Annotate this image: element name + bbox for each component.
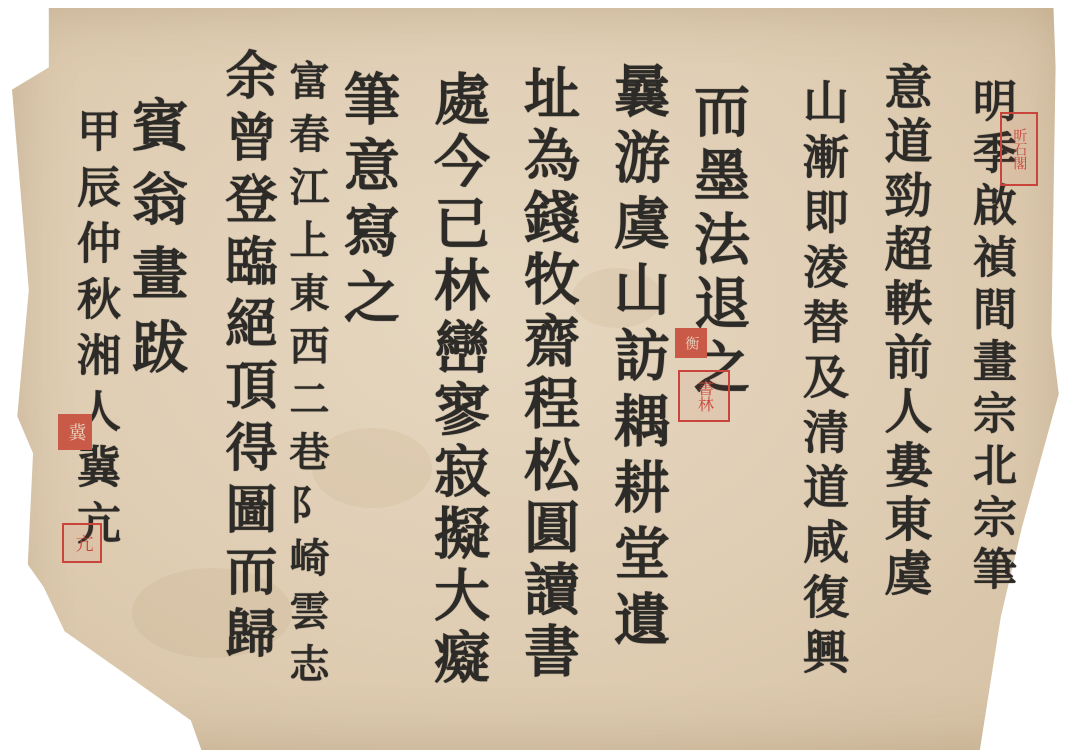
signature-column: 甲辰仲秋湘人冀亢: [72, 108, 116, 556]
text-column-11: 賓翁畫跋: [128, 96, 184, 392]
seal-bottom-left: 亢: [62, 523, 102, 563]
seal-top-right: 昕石閣: [1000, 112, 1038, 186]
text-column-6: 址為錢牧齋程松圓讀書: [520, 64, 576, 684]
paper-stain: [312, 428, 432, 508]
text-column-10: 余曾登臨絕頂得圖而歸: [220, 48, 272, 668]
text-column-5: 曩游虞山訪耦耕堂遺: [610, 62, 666, 656]
text-column-7: 處今已林巒寥寂擬大癡: [430, 70, 486, 690]
text-column-2: 意道勁超軼前人婁東虞: [880, 62, 928, 602]
text-column-3: 山漸即淩替及清道咸復興: [800, 78, 846, 683]
text-column-8: 筆意寫之: [340, 70, 396, 334]
seal-small-middle: 衡: [675, 328, 707, 358]
text-column-9: 富春江上東西二巷阝崎雲志: [286, 60, 326, 696]
seal-left-name: 冀: [58, 414, 92, 450]
seal-square-middle: 書林: [678, 370, 730, 422]
